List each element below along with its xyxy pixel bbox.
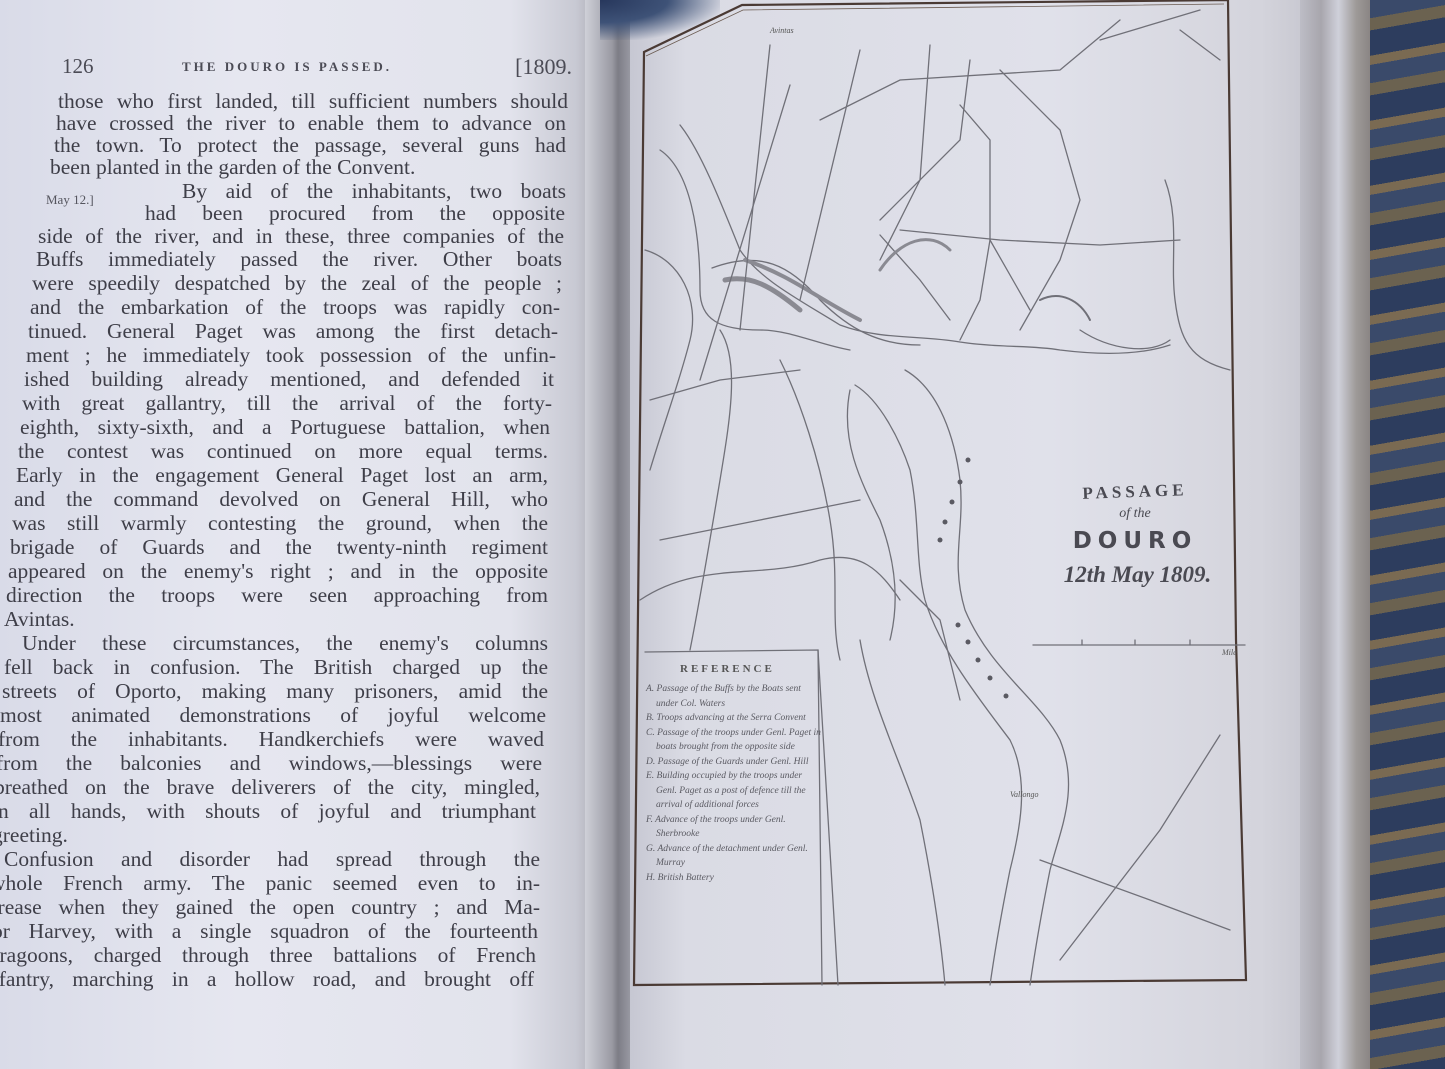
- reference-item: B. Troops advancing at the Serra Convent: [646, 711, 824, 726]
- map-title-date: 12th May 1809.: [1030, 562, 1245, 588]
- reference-item: C. Passage of the troops under Genl. Pag…: [646, 726, 824, 755]
- text-line: whole French army. The panic seemed even…: [0, 870, 540, 896]
- text-line: Early in the engagement General Paget lo…: [16, 462, 548, 488]
- reference-title: REFERENCE: [680, 663, 775, 675]
- map-title-of-the: of the: [1090, 506, 1180, 522]
- text-line: breathed on the brave deliverers of the …: [0, 774, 540, 800]
- text-line: streets of Oporto, making many prisoners…: [2, 678, 548, 704]
- place-label: Avintas: [770, 26, 794, 35]
- text-line: in all hands, with shouts of joyful and …: [0, 798, 536, 824]
- text-line: most animated demonstrations of joyful w…: [0, 702, 546, 728]
- reference-item: D. Passage of the Guards under Genl. Hil…: [646, 755, 824, 770]
- place-label: Vallongo: [1010, 790, 1038, 799]
- text-line: infantry, marching in a hollow road, and…: [0, 966, 534, 992]
- text-line: from the inhabitants. Handkerchiefs were…: [0, 726, 544, 752]
- reference-item: F. Advance of the troops under Genl. She…: [646, 813, 824, 842]
- background-shadow: [600, 0, 720, 40]
- text-line: was still warmly contesting the ground, …: [12, 510, 548, 536]
- reference-item: G. Advance of the detachment under Genl.…: [646, 842, 824, 871]
- reference-item: A. Passage of the Buffs by the Boats sen…: [646, 682, 824, 711]
- text-line: with great gallantry, till the arrival o…: [22, 390, 552, 416]
- page-number: 126: [62, 54, 94, 79]
- book-cover-marbled: [1370, 0, 1445, 1069]
- text-line: Buffs immediately passed the river. Othe…: [36, 246, 562, 272]
- text-line: were speedily despatched by the zeal of …: [32, 270, 562, 296]
- running-title: THE DOURO IS PASSED.: [182, 59, 392, 75]
- page-edges: [1300, 0, 1370, 1069]
- text-line: from the balconies and windows,—blessing…: [0, 750, 542, 776]
- reference-list: A. Passage of the Buffs by the Boats sen…: [646, 682, 824, 885]
- text-line: direction the troops were seen approachi…: [6, 582, 548, 608]
- reference-item: H. British Battery: [646, 871, 824, 886]
- text-line: and the embarkation of the troops was ra…: [30, 294, 560, 320]
- text-line: Avintas.: [4, 606, 84, 632]
- text-line: Under these circumstances, the enemy's c…: [22, 630, 548, 656]
- text-line: tinued. General Paget was among the firs…: [28, 318, 558, 344]
- scale-label: Mile: [1222, 648, 1237, 657]
- margin-note: May 12.]: [46, 192, 94, 208]
- text-line: jor Harvey, with a single squadron of th…: [0, 918, 538, 944]
- text-line: crease when they gained the open country…: [0, 894, 540, 920]
- text-line: been planted in the garden of the Conven…: [50, 154, 390, 180]
- text-line: greeting.: [0, 822, 92, 848]
- map-title-douro: DOURO: [1050, 528, 1220, 554]
- reference-item: E. Building occupied by the troops under…: [646, 769, 824, 813]
- right-book-page: [630, 0, 1330, 1069]
- text-line: the contest was continued on more equal …: [18, 438, 548, 464]
- running-head: 126 THE DOURO IS PASSED. [1809.: [62, 54, 572, 82]
- running-year: [1809.: [515, 54, 572, 80]
- text-line: Dragoons, charged through three battalio…: [0, 942, 536, 968]
- text-line: brigade of Guards and the twenty-ninth r…: [10, 534, 548, 560]
- text-line: Confusion and disorder had spread throug…: [4, 846, 540, 872]
- text-line: fell back in confusion. The British char…: [4, 654, 548, 680]
- text-line: eighth, sixty-sixth, and a Portuguese ba…: [20, 414, 550, 440]
- text-line: ment ; he immediately took possession of…: [26, 342, 556, 368]
- text-line: appeared on the enemy's right ; and in t…: [8, 558, 548, 584]
- text-line: ished building already mentioned, and de…: [24, 366, 554, 392]
- text-line: and the command devolved on General Hill…: [14, 486, 548, 512]
